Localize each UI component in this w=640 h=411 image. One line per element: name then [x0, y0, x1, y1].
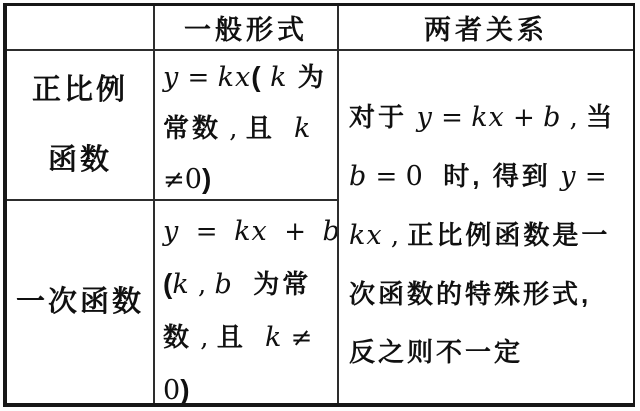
math-text: =	[179, 63, 217, 93]
form-cell-proportional-function: y = kx( k 为常数 , 且 k≠0)	[155, 51, 339, 201]
math-text: k	[246, 322, 283, 353]
cjk-text: 且	[217, 322, 246, 352]
header-cell-relation: 两者关系	[339, 6, 633, 51]
text-line: 数 , 且 k ≠	[163, 311, 333, 364]
math-text: k	[172, 269, 189, 300]
cjk-text: 且	[246, 113, 275, 143]
math-text: +	[268, 217, 323, 247]
math-text: ≠	[282, 323, 312, 353]
text-line: ≠0)	[163, 154, 333, 201]
text-line: 一次函数	[16, 284, 144, 320]
math-text: 0	[406, 161, 423, 192]
math-text: )	[180, 374, 189, 403]
text-line: 反之则不一定	[349, 323, 627, 381]
math-text: =	[433, 103, 471, 133]
cjk-text: 对于	[349, 102, 407, 132]
math-text: ≠	[163, 165, 185, 195]
math-text: =	[179, 217, 234, 247]
math-text: ,	[383, 221, 408, 251]
math-text: kx	[471, 102, 505, 133]
text-line: 常数 , 且 k	[163, 103, 333, 154]
cjk-text: 反之则不一定	[349, 337, 523, 367]
text-line: 正比例	[32, 55, 128, 125]
header-cell-general-form: 一般形式	[155, 6, 339, 51]
cjk-text: 为	[287, 62, 326, 92]
math-text: y	[163, 62, 179, 93]
math-text: y	[551, 161, 577, 192]
cjk-text: 次函数的特殊形式,	[349, 279, 591, 309]
math-text: (	[251, 61, 260, 92]
text-line: b = 0 时, 得到 y =	[349, 147, 627, 206]
math-text: y	[163, 216, 179, 247]
math-text: =	[367, 162, 405, 192]
cjk-text: 一次函数	[16, 286, 144, 318]
cjk-text: 数	[163, 322, 192, 352]
math-text: ,	[190, 270, 215, 300]
math-text: ,	[561, 103, 586, 133]
math-text: 0	[185, 164, 202, 195]
cjk-text: 时, 得到	[423, 161, 551, 191]
math-text: ,	[221, 114, 246, 144]
cjk-text: 正比例	[32, 74, 128, 106]
text-line: 次函数的特殊形式,	[349, 265, 627, 323]
math-text: k	[261, 62, 288, 93]
math-text: b	[349, 161, 367, 192]
relation-cell: 对于 y = kx + b , 当b = 0 时, 得到 y =kx , 正比例…	[339, 51, 633, 403]
math-text: k	[275, 113, 312, 144]
comparison-table: 一般形式 两者关系 正比例函数 y = kx( k 为常数 , 且 k≠0) 对…	[3, 3, 635, 407]
math-text: kx	[234, 216, 268, 247]
math-text: kx	[218, 62, 252, 93]
text-line: y = kx + b	[163, 205, 333, 258]
math-text: y	[407, 102, 433, 133]
math-text: b	[215, 269, 233, 300]
cjk-text: 正比例函数是一	[407, 220, 610, 250]
form-cell-linear-function: y = kx + b(k , b 为常数 , 且 k ≠0)	[155, 201, 339, 403]
text-line: 函数	[48, 125, 112, 195]
page: 一般形式 两者关系 正比例函数 y = kx( k 为常数 , 且 k≠0) 对…	[0, 0, 640, 411]
row-label-proportional-function: 正比例函数	[7, 51, 155, 201]
text-line: kx , 正比例函数是一	[349, 206, 627, 265]
math-text: =	[577, 162, 607, 192]
text-line: (k , b 为常	[163, 258, 333, 311]
cjk-text: 当	[586, 102, 615, 132]
text-line: 0)	[163, 364, 333, 403]
math-text: +	[505, 103, 543, 133]
cjk-text: 函数	[48, 144, 112, 176]
math-text: b	[323, 216, 339, 247]
row-label-linear-function: 一次函数	[7, 201, 155, 403]
math-text: )	[202, 163, 211, 194]
text-line: 对于 y = kx + b , 当	[349, 88, 627, 147]
math-text: ,	[192, 323, 217, 353]
math-text: b	[543, 102, 561, 133]
header-cell-corner	[7, 6, 155, 51]
cjk-text: 为常	[233, 269, 311, 299]
math-text: (	[163, 268, 172, 299]
cjk-text: 常数	[163, 113, 221, 143]
math-text: kx	[349, 220, 383, 251]
math-text: 0	[163, 375, 180, 403]
text-line: y = kx( k 为	[163, 52, 333, 103]
